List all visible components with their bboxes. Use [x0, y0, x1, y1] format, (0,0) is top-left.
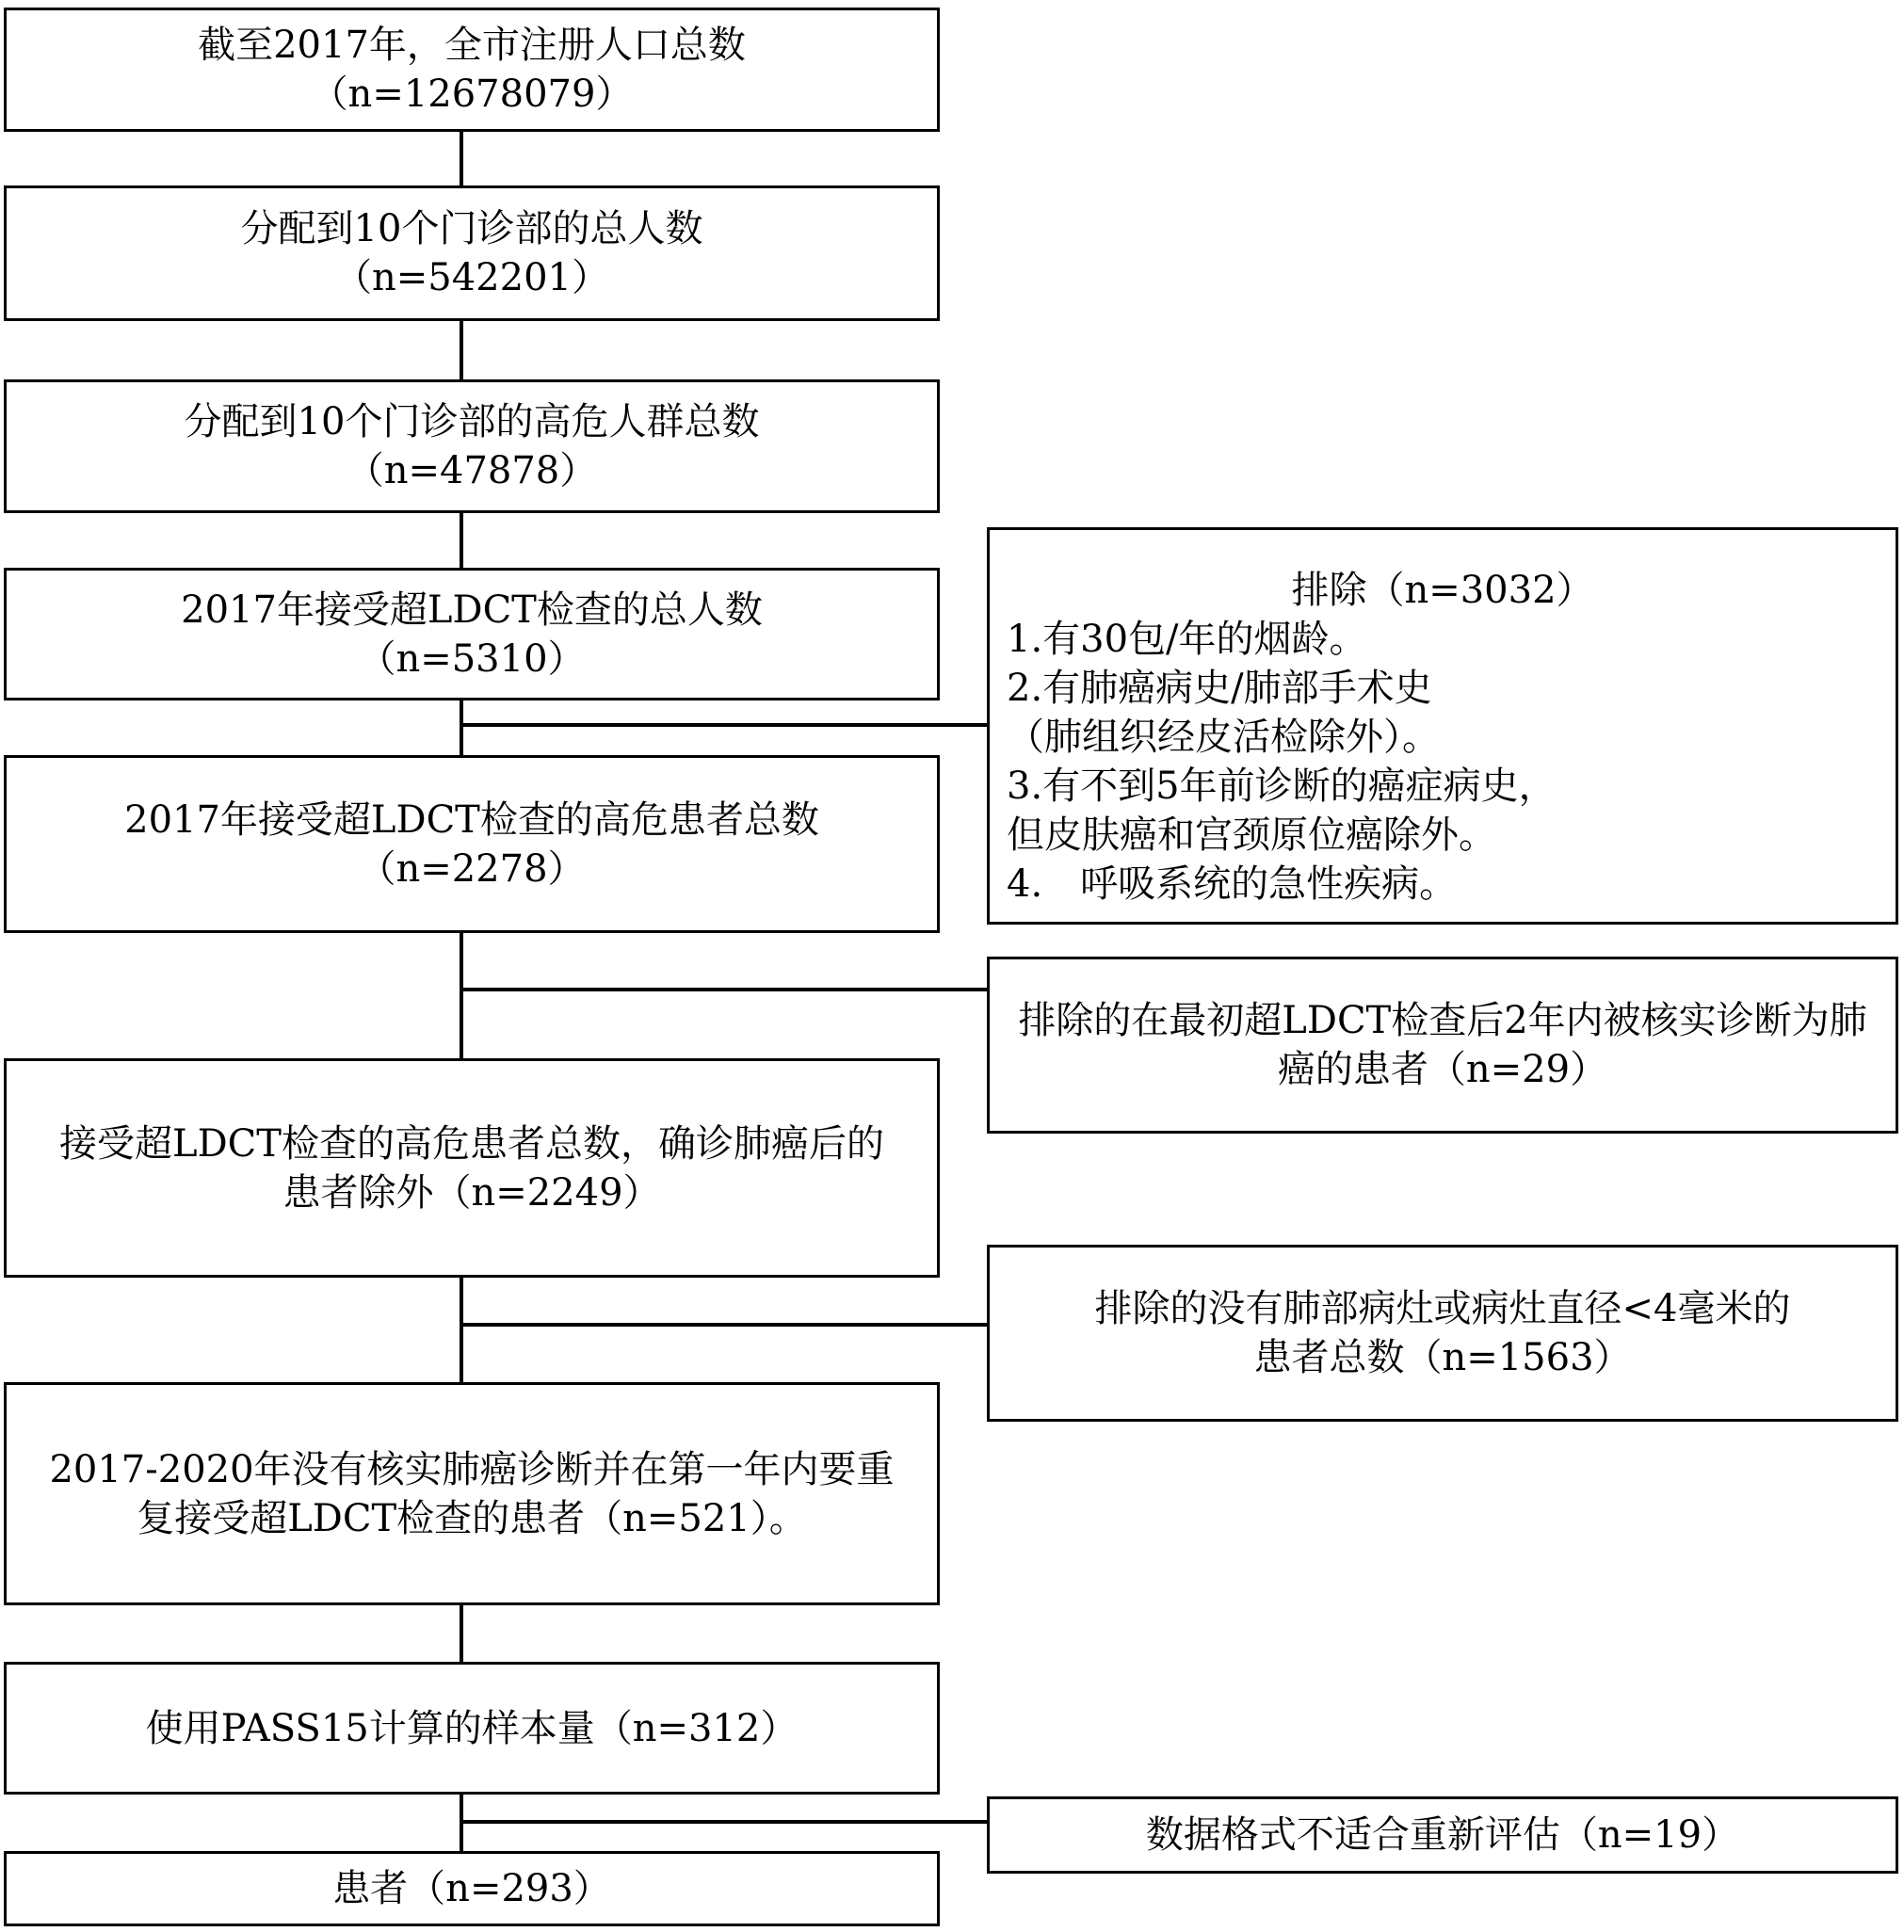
exclusion-item: 4. 呼吸系统的急性疾病。: [1007, 860, 1879, 909]
box-text-line: 截至2017年，全市注册人口总数: [198, 21, 746, 70]
box-text-line: 2017年接受超LDCT检查的总人数: [181, 586, 763, 635]
connector-spine-1: [460, 129, 463, 188]
box-text-line: 分配到10个门诊部的总人数: [241, 204, 703, 253]
box-ldct-2017-total: 2017年接受超LDCT检查的总人数 （n=5310）: [4, 568, 940, 700]
connector-spine-3: [460, 510, 463, 571]
box-text-line: 复接受超LDCT检查的患者（n=521）。: [137, 1494, 807, 1543]
connector-branch-confirmed-2yr: [461, 988, 987, 991]
exclusion-item: 但皮肤癌和宫颈原位癌除外。: [1007, 811, 1879, 860]
box-registered-population-total: 截至2017年，全市注册人口总数 （n=12678079）: [4, 8, 940, 132]
exclusion-item: （肺组织经皮活检除外）。: [1007, 713, 1879, 762]
box-n-value: （n=12678079）: [311, 70, 634, 119]
exclusion-item: 2.有肺癌病史/肺部手术史: [1007, 664, 1879, 713]
connector-spine-6: [460, 1275, 463, 1385]
box-text-line: 2017年接受超LDCT检查的高危患者总数: [124, 796, 819, 845]
box-n-value: （n=2278）: [358, 845, 585, 894]
connector-branch-no-lesion: [461, 1323, 987, 1327]
connector-spine-5: [460, 930, 463, 1061]
box-pass15-sample-size: 使用PASS15计算的样本量（n=312）: [4, 1662, 940, 1795]
connector-spine-7: [460, 1602, 463, 1665]
box-text-line: 使用PASS15计算的样本量（n=312）: [146, 1704, 799, 1753]
box-excluded-no-lesion-under-4mm: 排除的没有肺部病灶或病灶直径<4毫米的 患者总数（n=1563）: [987, 1245, 1898, 1422]
exclusion-title: 排除（n=3032）: [1007, 566, 1879, 615]
box-data-format-unfit: 数据格式不适合重新评估（n=19）: [987, 1796, 1898, 1874]
connector-branch-data-format: [461, 1820, 987, 1824]
box-text-line: 数据格式不适合重新评估（n=19）: [1146, 1811, 1739, 1860]
exclusion-item: 3.有不到5年前诊断的癌症病史，: [1007, 762, 1879, 811]
box-final-patients: 患者（n=293）: [4, 1851, 940, 1926]
box-text-line: 癌的患者（n=29）: [1278, 1045, 1607, 1094]
box-text-line: 患者总数（n=1563）: [1253, 1333, 1631, 1382]
box-text-line: 患者（n=293）: [332, 1864, 611, 1913]
box-exclusion-criteria: 排除（n=3032） 1.有30包/年的烟龄。 2.有肺癌病史/肺部手术史 （肺…: [987, 527, 1898, 925]
box-assigned-high-risk-total: 分配到10个门诊部的高危人群总数 （n=47878）: [4, 379, 940, 513]
box-text-line: 排除的没有肺部病灶或病灶直径<4毫米的: [1095, 1284, 1791, 1333]
box-text-line: 排除的在最初超LDCT检查后2年内被核实诊断为肺: [1018, 996, 1866, 1045]
box-n-value: （n=5310）: [358, 635, 585, 684]
box-ldct-2017-high-risk-total: 2017年接受超LDCT检查的高危患者总数 （n=2278）: [4, 755, 940, 933]
box-repeat-ldct-first-year: 2017-2020年没有核实肺癌诊断并在第一年内要重 复接受超LDCT检查的患者…: [4, 1382, 940, 1605]
box-assigned-outpatient-total: 分配到10个门诊部的总人数 （n=542201）: [4, 185, 940, 321]
box-n-value: （n=542201）: [334, 253, 609, 302]
box-excluded-confirmed-within-2yr: 排除的在最初超LDCT检查后2年内被核实诊断为肺 癌的患者（n=29）: [987, 957, 1898, 1134]
box-text-line: 患者除外（n=2249）: [282, 1168, 660, 1217]
box-text-line: 2017-2020年没有核实肺癌诊断并在第一年内要重: [49, 1445, 894, 1494]
box-text-line: 接受超LDCT检查的高危患者总数，确诊肺癌后的: [59, 1119, 884, 1168]
connector-spine-2: [460, 318, 463, 382]
exclusion-item: 1.有30包/年的烟龄。: [1007, 615, 1879, 664]
box-n-value: （n=47878）: [347, 446, 598, 495]
connector-spine-4: [460, 698, 463, 758]
connector-branch-exclusion-criteria: [461, 723, 987, 727]
box-text-line: 分配到10个门诊部的高危人群总数: [185, 397, 760, 446]
box-high-risk-excluding-confirmed: 接受超LDCT检查的高危患者总数，确诊肺癌后的 患者除外（n=2249）: [4, 1058, 940, 1278]
